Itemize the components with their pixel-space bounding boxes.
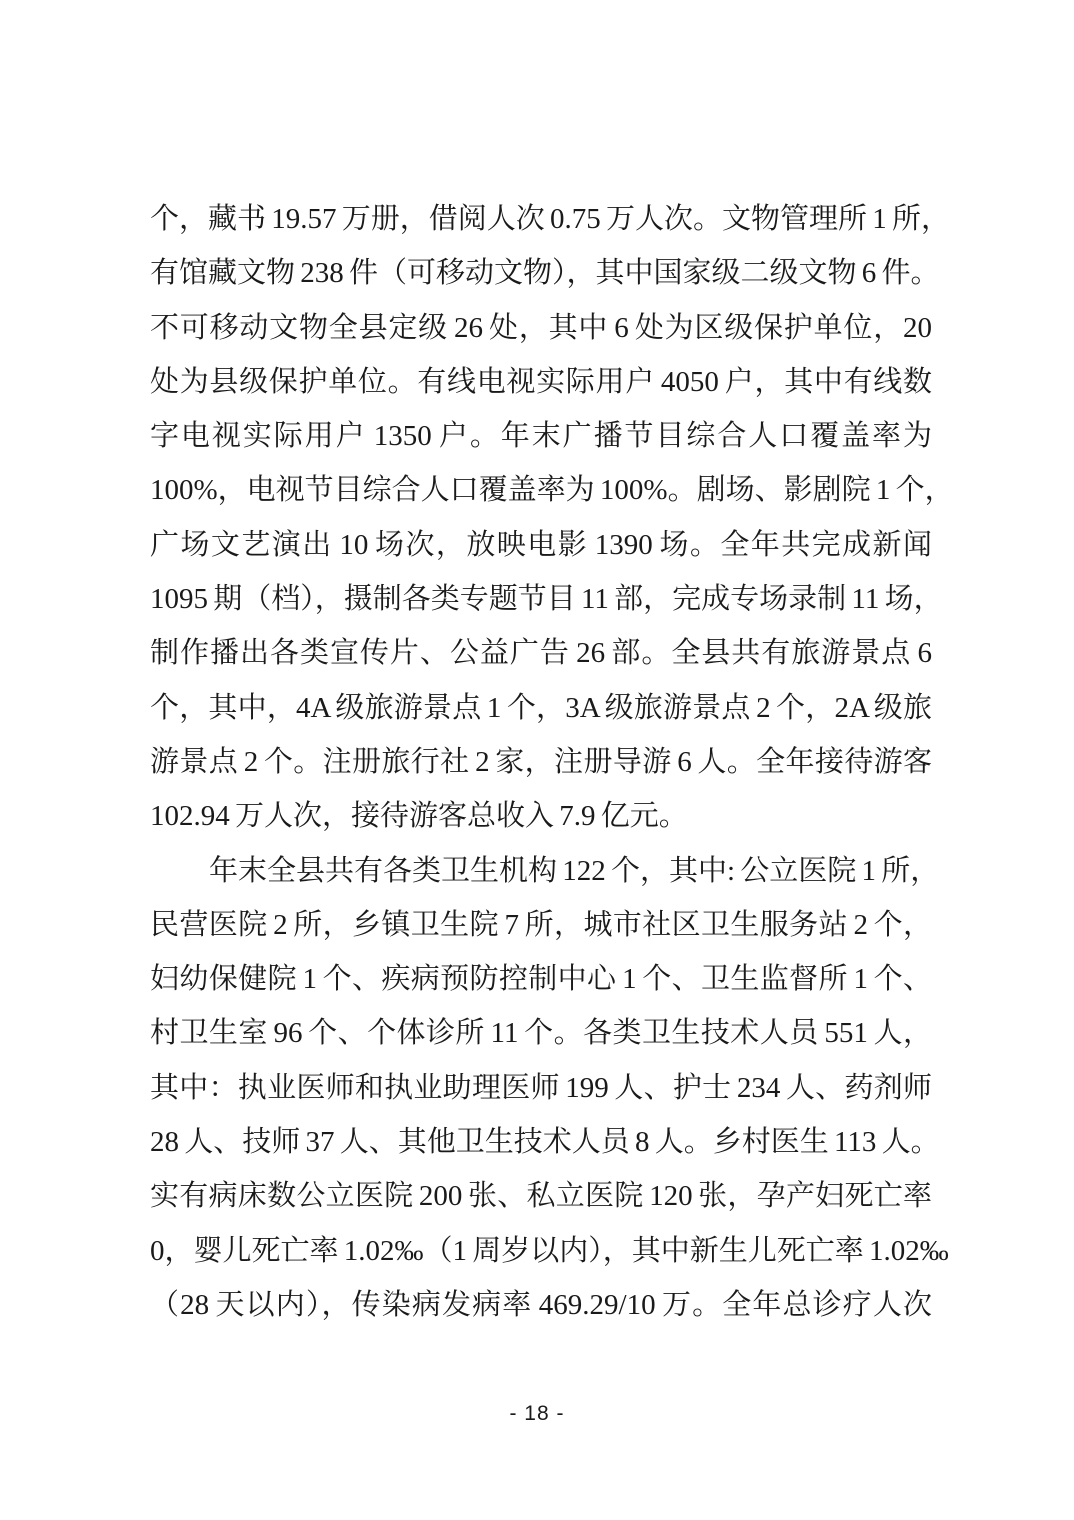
page-number: - 18 - <box>509 1402 564 1425</box>
text-line: 年末全县共有各类卫生机构 122 个，其中: 公立医院 1 所， <box>150 844 932 898</box>
text-line: （28 天以内），传染病发病率 469.29/10 万。全年总诊疗人次 <box>150 1278 932 1332</box>
text-line: 村卫生室 96 个、个体诊所 11 个。各类卫生技术人员 551 人， <box>150 1006 932 1060</box>
text-line: 100%，电视节目综合人口覆盖率为 100%。剧场、影剧院 1 个， <box>150 463 932 517</box>
text-line: 28 人、技师 37 人、其他卫生技术人员 8 人。乡村医生 113 人。 <box>150 1115 932 1169</box>
text-line: 个，其中，4A 级旅游景点 1 个，3A 级旅游景点 2 个，2A 级旅 <box>150 681 932 735</box>
text-line: 字电视实际用户 1350 户。年末广播节目综合人口覆盖率为 <box>150 409 932 463</box>
paragraph-culture-media-tourism: 个，藏书 19.57 万册，借阅人次 0.75 万人次。文物管理所 1 所，有馆… <box>150 192 932 844</box>
text-line: 有馆藏文物 238 件（可移动文物），其中国家级二级文物 6 件。 <box>150 246 932 300</box>
page-footer: - 18 - <box>0 1402 1074 1426</box>
text-line: 不可移动文物全县定级 26 处，其中 6 处为区级保护单位，20 <box>150 301 932 355</box>
document-body: 个，藏书 19.57 万册，借阅人次 0.75 万人次。文物管理所 1 所，有馆… <box>150 192 932 1332</box>
text-line: 102.94 万人次，接待游客总收入 7.9 亿元。 <box>150 789 932 843</box>
text-line: 民营医院 2 所，乡镇卫生院 7 所，城市社区卫生服务站 2 个， <box>150 898 932 952</box>
text-line: 其中：执业医师和执业助理医师 199 人、护士 234 人、药剂师 <box>150 1061 932 1115</box>
text-line: 实有病床数公立医院 200 张、私立医院 120 张，孕产妇死亡率 <box>150 1169 932 1223</box>
text-line: 制作播出各类宣传片、公益广告 26 部。全县共有旅游景点 6 <box>150 626 932 680</box>
text-line: 个，藏书 19.57 万册，借阅人次 0.75 万人次。文物管理所 1 所， <box>150 192 932 246</box>
text-line: 妇幼保健院 1 个、疾病预防控制中心 1 个、卫生监督所 1 个、 <box>150 952 932 1006</box>
text-line: 游景点 2 个。注册旅行社 2 家，注册导游 6 人。全年接待游客 <box>150 735 932 789</box>
text-line: 处为县级保护单位。有线电视实际用户 4050 户，其中有线数 <box>150 355 932 409</box>
paragraph-health-statistics: 年末全县共有各类卫生机构 122 个，其中: 公立医院 1 所，民营医院 2 所… <box>150 844 932 1333</box>
document-page: 个，藏书 19.57 万册，借阅人次 0.75 万人次。文物管理所 1 所，有馆… <box>0 0 1074 1520</box>
text-line: 1095 期（档），摄制各类专题节目 11 部，完成专场录制 11 场， <box>150 572 932 626</box>
text-line: 广场文艺演出 10 场次，放映电影 1390 场。全年共完成新闻 <box>150 518 932 572</box>
text-line: 0，婴儿死亡率 1.02‰（1 周岁以内），其中新生儿死亡率 1.02‰ <box>150 1224 932 1278</box>
